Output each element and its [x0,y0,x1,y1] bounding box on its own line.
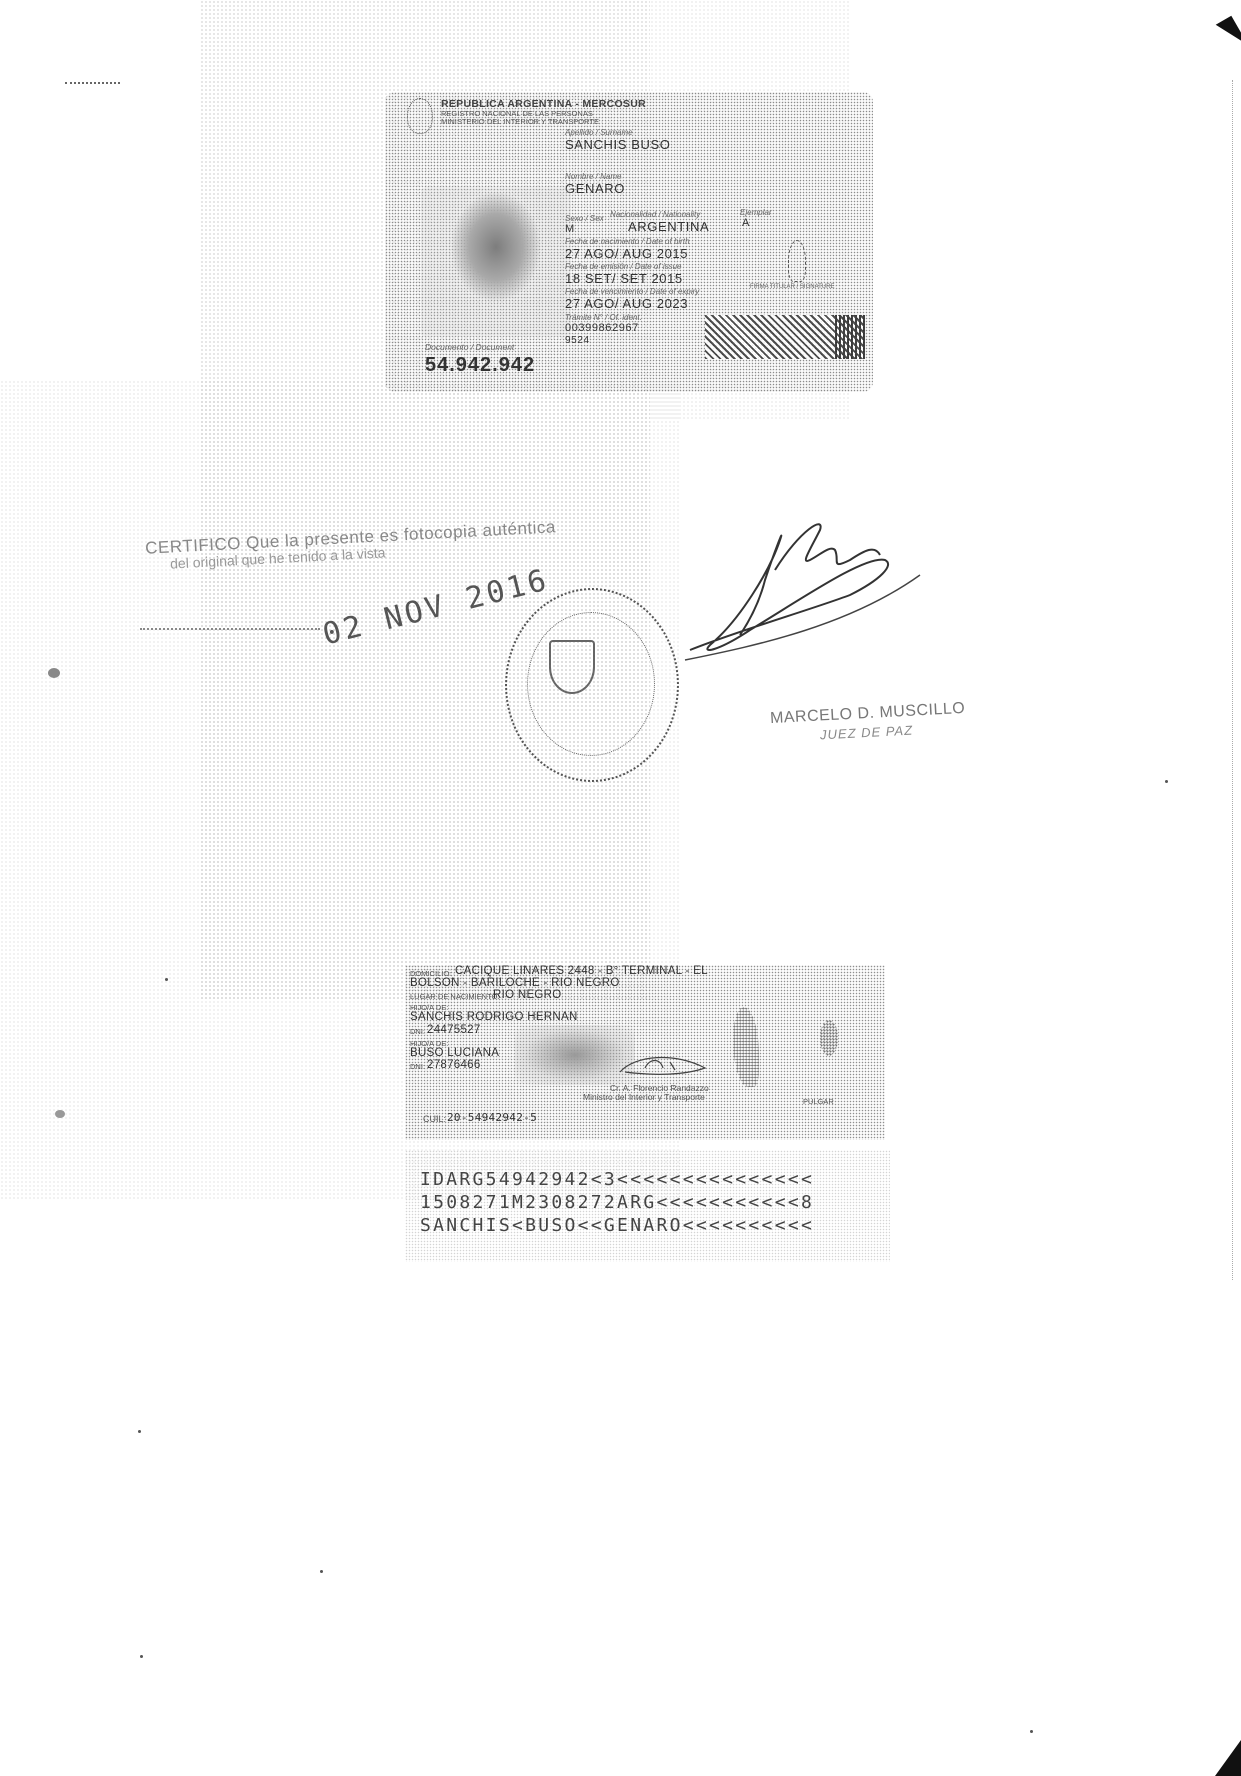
thumbprint [820,1020,838,1056]
id-card-back: DOMICILIO: CACIQUE LINARES 2448 - B° TER… [405,965,885,1140]
nationality-label: Nacionalidad / Nationality [610,210,700,219]
id-card-front: REPUBLICA ARGENTINA - MERCOSUR REGISTRO … [385,92,873,392]
stamp-underline [140,628,320,630]
scan-dot [140,1655,143,1658]
specimen-value: A [742,217,750,229]
holder-signature [788,240,806,282]
scan-line-mark [65,82,120,84]
issue-date-value: 18 SET/ SET 2015 [565,271,683,286]
father-name: SANCHIS RODRIGO HERNAN [410,1011,578,1023]
sex-label: Sexo / Sex [565,214,604,223]
argentina-map-icon [733,1007,759,1087]
card-header-ministry: MINISTERIO DEL INTERIOR Y TRANSPORTE [441,117,599,126]
name-label: Nombre / Name [565,172,621,181]
signature-label: FIRMA TITULAR / SIGNATURE [750,284,834,290]
document-label: Documento / Document [425,342,514,352]
minister-title: Ministro del Interior y Transporte [583,1092,705,1102]
national-crest-icon [407,98,433,134]
mother-dni: 27876466 [427,1059,481,1071]
document-number: 54.942.942 [425,354,535,377]
seal-inner-ring [527,612,655,756]
father-dni: 24475527 [427,1024,481,1036]
holder-photo [421,187,571,337]
tramite-value: 00399862967 [565,322,639,334]
surname-value: SANCHIS BUSO [565,137,670,152]
corner-fold [1215,1740,1241,1776]
mother-dni-label: DNI: [410,1062,425,1071]
tramite-label: Trámite N° / Of. ident. [565,313,642,322]
seal-shield-icon [549,640,595,694]
pdf417-barcode [705,315,865,359]
scan-dot [1030,1730,1033,1733]
father-dni-label: DNI: [410,1027,425,1036]
cuil-label: CUIL: [423,1114,446,1124]
dob-label: Fecha de nacimiento / Date of birth [565,237,690,246]
mrz-zone: IDARG54942942<3<<<<<<<<<<<<<<<1508271M23… [420,1168,814,1237]
tramite-value-suffix: 9524 [565,335,590,346]
judge-name: MARCELO D. MUSCILLO [770,700,966,728]
scan-dot [165,978,168,981]
address-line-2: BOLSON - BARILOCHE - RIO NEGRO [410,977,620,989]
expiry-date-value: 27 AGO/ AUG 2023 [565,296,688,311]
minister-signature [615,1050,715,1080]
mother-name: BUSO LUCIANA [410,1047,499,1059]
dob-value: 27 AGO/ AUG 2015 [565,246,688,261]
expiry-date-label: Fecha de vencimiento / Date of expiry [565,287,699,296]
cuil-value: 20-54942942-5 [447,1111,537,1124]
judge-title: JUEZ DE PAZ [820,723,914,743]
specimen-label: Ejemplar [740,208,772,217]
birthplace-value: RIO NEGRO [493,989,562,1001]
thumb-label: PULGAR [803,1097,834,1106]
scan-blot [48,668,60,678]
scan-dot [55,1110,65,1118]
mrz-line-1: IDARG54942942<3<<<<<<<<<<<<<<< [420,1168,814,1191]
sex-value: M [565,223,575,235]
name-value: GENARO [565,181,625,196]
issue-date-label: Fecha de emisión / Date of issue [565,262,682,271]
corner-fold [1216,16,1241,54]
birthplace-label: LUGAR DE NACIMIENTO: [410,992,499,1001]
judge-signature [680,510,950,680]
scan-dot [1165,780,1168,783]
scan-edge [1232,80,1233,1280]
nationality-value: ARGENTINA [628,219,709,234]
scan-dot [138,1430,141,1433]
mrz-line-2: 1508271M2308272ARG<<<<<<<<<<<8 [420,1191,814,1214]
scan-dot [320,1570,323,1573]
surname-label: Apellido / Surname [565,128,633,137]
mrz-line-3: SANCHIS<BUSO<<GENARO<<<<<<<<<< [420,1214,814,1237]
address-line-1: CACIQUE LINARES 2448 - B° TERMINAL - EL [455,965,708,977]
court-seal [505,588,679,782]
